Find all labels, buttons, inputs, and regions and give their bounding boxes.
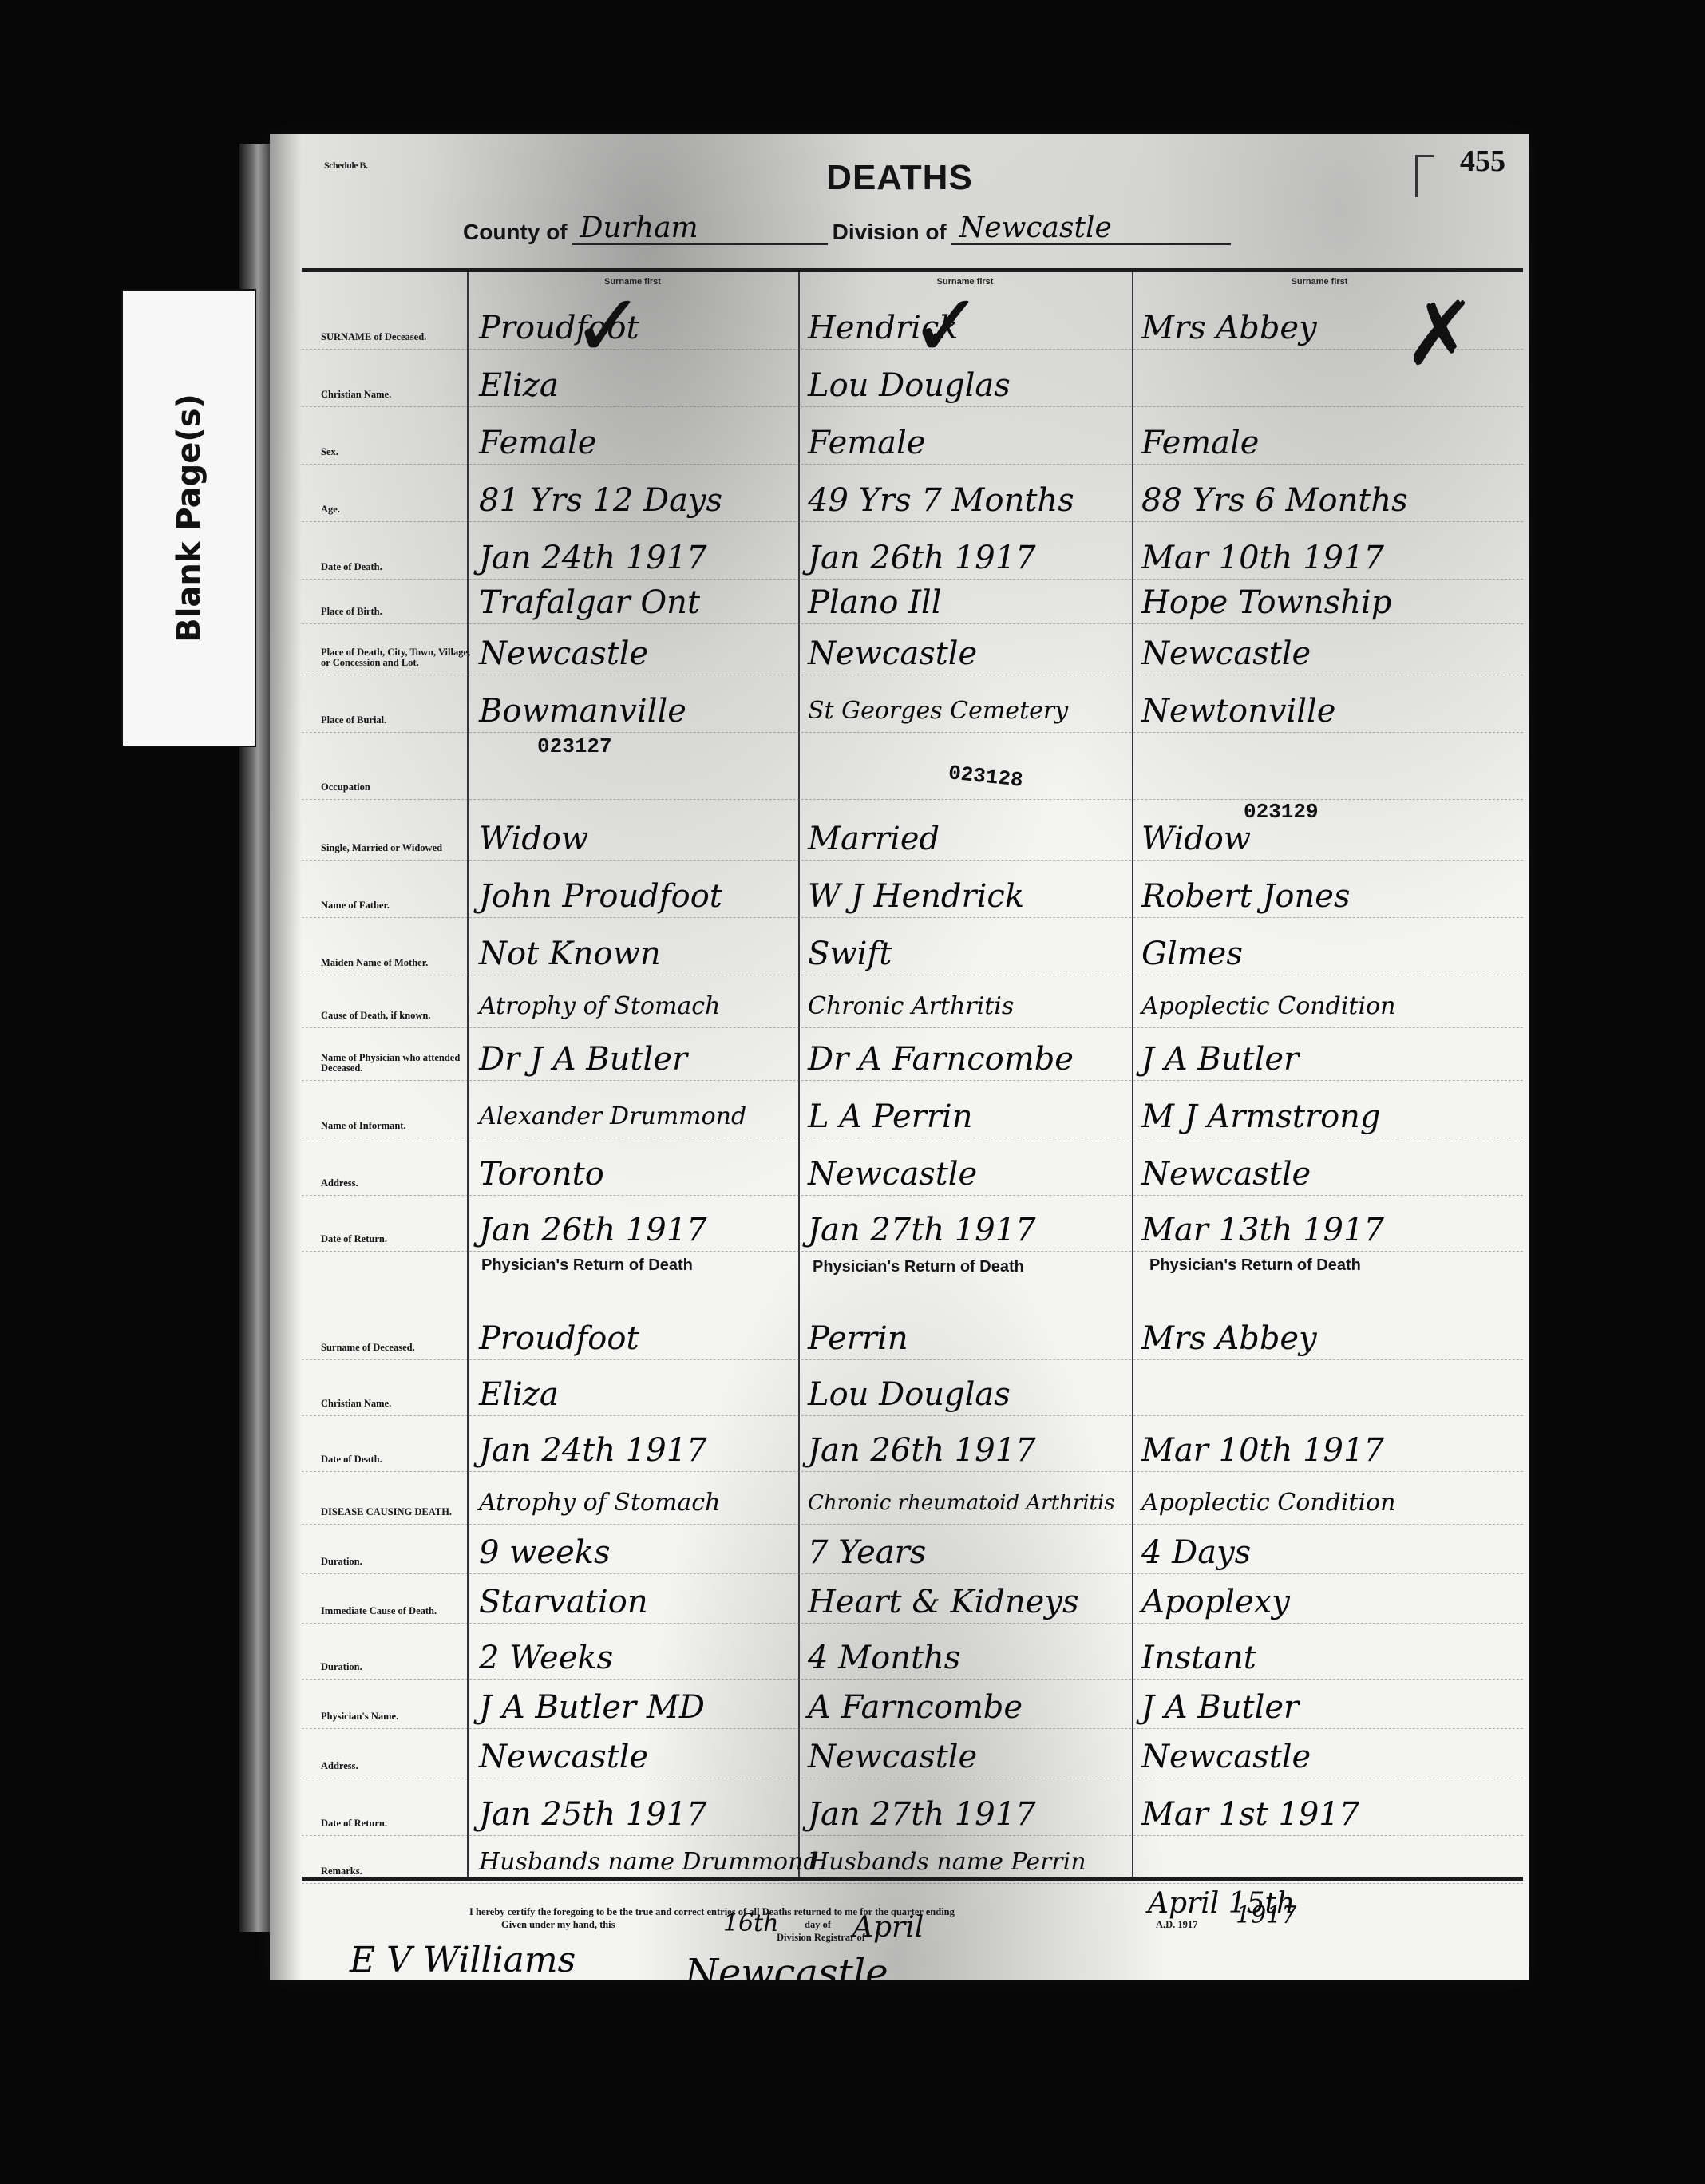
table-cell: Female [479,425,596,461]
county-value: Durham [572,214,828,245]
table-cell: L A Perrin [808,1099,972,1134]
table-row: Date of Death.Jan 24th 1917Jan 26th 1917… [302,1415,1523,1472]
table-cell: Jan 27th 1917 [808,1213,1036,1248]
table-cell: 81 Yrs 12 Days [479,483,722,518]
row-label: Cause of Death, if known. [321,1011,473,1021]
registration-stamp-3: 023129 [1244,800,1319,824]
table-row: Cause of Death, if known.Atrophy of Stom… [302,975,1523,1028]
table-cell: Not Known [479,936,661,971]
checkmark-icon: ✓ [910,286,983,366]
table-row: Address.NewcastleNewcastleNewcastle [302,1728,1523,1778]
table-row: Name of Informant.Alexander DrummondL A … [302,1080,1523,1138]
checkmark-icon: ✓ [572,286,645,366]
table-cell: Trafalgar Ont [479,585,700,620]
table-cell: Apoplectic Condition [1141,1486,1395,1521]
table-cell: M J Armstrong [1141,1099,1381,1134]
table-row: Place of Birth.Trafalgar OntPlano IllHop… [302,579,1523,624]
table-row: Occupation [302,732,1523,800]
table-cell: Eliza [479,368,559,403]
table-cell: Alexander Drummond [479,1099,746,1134]
table-row: Physician's Name.J A Butler MDA Farncomb… [302,1679,1523,1729]
table-row: Maiden Name of Mother.Not KnownSwiftGlme… [302,917,1523,975]
table-cell: Mar 13th 1917 [1141,1213,1384,1248]
row-label: Date of Death. [321,562,473,572]
death-register-page: Schedule B. 455 DEATHS County of Durham … [270,134,1529,1980]
county-label: County of [463,220,568,245]
table-cell: Swift [808,936,892,971]
table-cell: J A Butler [1141,1042,1299,1077]
division-label: Division of [833,220,947,245]
row-label: Christian Name. [321,1399,473,1409]
row-label: Place of Death, City, Town, Village, or … [321,647,473,668]
day-of-label: day of [805,1919,831,1931]
table-cell: Bowmanville [479,694,686,729]
table-cell: Newcastle [1141,1157,1311,1192]
row-label: Remarks. [321,1866,473,1877]
table-row: Christian Name.ElizaLou Douglas [302,1359,1523,1416]
row-label: Duration. [321,1557,473,1567]
table-cell: Jan 26th 1917 [479,1213,707,1248]
table-cell: Mrs Abbey [1141,1321,1317,1356]
table-cell: Newtonville [1141,694,1335,729]
row-label: Sex. [321,447,473,457]
table-cell: Newcastle [808,1157,977,1192]
row-label: Occupation [321,782,473,793]
table-cell: Newcastle [1141,636,1311,671]
table-cell: Husbands name Drummond [479,1845,819,1880]
registration-stamp-1: 023127 [537,734,612,758]
table-cell: Robert Jones [1141,879,1350,914]
checkmark-icon: ✗ [1403,294,1477,374]
table-row: Date of Return.Jan 26th 1917Jan 27th 191… [302,1195,1523,1252]
table-cell: Widow [1141,821,1251,857]
row-label: Physician's Name. [321,1711,473,1722]
row-label: Date of Return. [321,1234,473,1244]
table-row: Duration.2 Weeks4 MonthsInstant [302,1623,1523,1680]
table-cell: 9 weeks [479,1535,611,1570]
table-cell: Newcastle [479,1739,648,1774]
table-cell: W J Hendrick [808,879,1024,914]
row-label: Maiden Name of Mother. [321,958,473,968]
row-label: Place of Birth. [321,607,473,617]
table-cell: Female [1141,425,1259,461]
table-cell: John Proudfoot [479,879,722,914]
row-label: Name of Father. [321,900,473,911]
table-cell: 2 Weeks [479,1640,613,1676]
certification-day: 16th [723,1909,779,1937]
table-cell: Atrophy of Stomach [479,1486,720,1521]
table-cell: Perrin [808,1321,908,1356]
table-cell: Glmes [1141,936,1243,971]
row-label: SURNAME of Deceased. [321,332,473,342]
table-row: Age.81 Yrs 12 Days49 Yrs 7 Months88 Yrs … [302,464,1523,522]
table-row: Date of Return.Jan 25th 1917Jan 27th 191… [302,1778,1523,1836]
row-label: Name of Physician who attended Deceased. [321,1053,473,1074]
table-cell: Jan 26th 1917 [808,1433,1036,1468]
table-row: Place of Death, City, Town, Village, or … [302,623,1523,675]
table-cell: Proudfoot [479,1321,639,1356]
row-label: Immediate Cause of Death. [321,1606,473,1616]
table-cell: 49 Yrs 7 Months [808,483,1074,518]
table-row: Immediate Cause of Death.StarvationHeart… [302,1573,1523,1624]
table-cell: Jan 24th 1917 [479,1433,707,1468]
table-cell: Toronto [479,1157,604,1192]
table-row: Surname of Deceased.ProudfootPerrinMrs A… [302,1283,1523,1360]
table-row: Place of Burial.BowmanvilleSt Georges Ce… [302,675,1523,733]
table-cell: Newcastle [479,636,648,671]
table-cell: Apoplexy [1141,1585,1290,1620]
table-row: Duration.9 weeks7 Years4 Days [302,1524,1523,1574]
division-value: Newcastle [951,214,1231,245]
table-cell: Heart & Kidneys [808,1585,1078,1620]
table-cell: Atrophy of Stomach [479,989,720,1024]
table-cell: Dr J A Butler [479,1042,687,1077]
given-under-hand-label: Given under my hand, this [501,1919,615,1931]
table-cell: Mrs Abbey [1141,311,1317,346]
table-cell: Chronic rheumatoid Arthritis [808,1486,1115,1521]
row-label: Age. [321,504,473,515]
physician-return-heading-1: Physician's Return of Death [481,1256,693,1275]
table-cell: Plano Ill [808,585,942,620]
table-cell: Instant [1141,1640,1256,1676]
county-division-line: County of Durham Division of Newcastle [463,214,1236,245]
registrar-signature: E V Williams [350,1940,576,1980]
row-label: Duration. [321,1662,473,1672]
table-row: Name of Father.John ProudfootW J Hendric… [302,860,1523,918]
row-label: DISEASE CAUSING DEATH. [321,1507,473,1517]
row-label: Address. [321,1761,473,1771]
table-cell: Married [808,821,940,857]
table-cell: Newcastle [808,636,977,671]
table-cell: J A Butler MD [479,1690,705,1725]
table-row: Remarks.Husbands name DrummondHusbands n… [302,1835,1523,1884]
table-cell: Newcastle [808,1739,977,1774]
row-label: Single, Married or Widowed [321,843,473,853]
table-row: DISEASE CAUSING DEATH.Atrophy of Stomach… [302,1471,1523,1525]
row-label: Address. [321,1178,473,1189]
table-row: Single, Married or WidowedWidowMarriedWi… [302,799,1523,861]
table-cell: Mar 10th 1917 [1141,1433,1384,1468]
row-label: Date of Return. [321,1818,473,1829]
anno-domini-year: A.D. 1917 [1156,1919,1197,1931]
table-row: Name of Physician who attended Deceased.… [302,1027,1523,1081]
table-cell: Lou Douglas [808,1377,1011,1412]
table-cell: Widow [479,821,588,857]
table-cell: J A Butler [1141,1690,1299,1725]
row-label: Christian Name. [321,390,473,400]
row-label: Date of Death. [321,1454,473,1465]
page-title: DEATHS [270,158,1529,198]
blank-pages-tab[interactable]: Blank Page(s) [121,289,256,747]
table-cell: Starvation [479,1585,648,1620]
table-cell: Mar 10th 1917 [1141,540,1384,576]
table-row: Date of Death.Jan 24th 1917Jan 26th 1917… [302,521,1523,580]
table-cell: Jan 26th 1917 [808,540,1036,576]
table-row: Address.TorontoNewcastleNewcastle [302,1137,1523,1196]
quarter-ending-year: 1917 [1236,1901,1296,1929]
physician-return-heading-3: Physician's Return of Death [1149,1256,1361,1275]
registrar-division: Newcastle [685,1951,888,1996]
row-label: Name of Informant. [321,1121,473,1131]
division-registrar-label: Division Registrar of [777,1932,865,1944]
table-cell: Chronic Arthritis [808,989,1014,1024]
table-cell: Mar 1st 1917 [1141,1797,1359,1832]
table-row: Sex.FemaleFemaleFemale [302,406,1523,465]
table-cell: Newcastle [1141,1739,1311,1774]
blank-pages-tab-label: Blank Page(s) [171,394,208,643]
register-table: Surname first Surname first Surname firs… [302,268,1523,1881]
table-cell: Jan 24th 1917 [479,540,707,576]
physician-return-heading-2: Physician's Return of Death [813,1258,1024,1276]
table-cell: St Georges Cemetery [808,694,1068,729]
row-label: Surname of Deceased. [321,1343,473,1353]
table-cell: Husbands name Perrin [808,1845,1086,1880]
table-cell: Female [808,425,925,461]
table-cell: 7 Years [808,1535,926,1570]
table-cell: Jan 27th 1917 [808,1797,1036,1832]
table-cell: 4 Months [808,1640,960,1676]
table-cell: Hope Township [1141,585,1391,620]
table-cell: A Farncombe [808,1690,1023,1725]
table-cell: Apoplectic Condition [1141,989,1395,1024]
table-cell: Dr A Farncombe [808,1042,1074,1077]
row-label: Place of Burial. [321,715,473,726]
table-cell: Jan 25th 1917 [479,1797,707,1832]
table-cell: Eliza [479,1377,559,1412]
table-cell: 88 Yrs 6 Months [1141,483,1408,518]
table-cell: 4 Days [1141,1535,1251,1570]
